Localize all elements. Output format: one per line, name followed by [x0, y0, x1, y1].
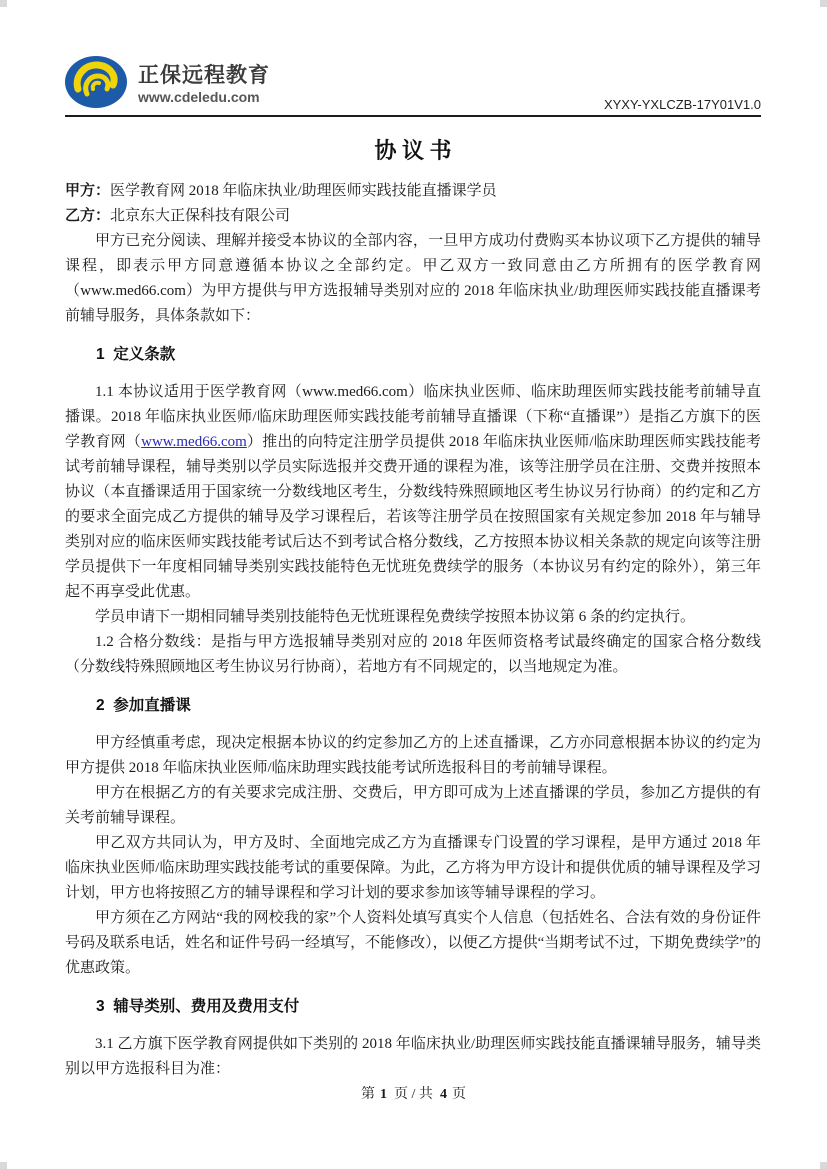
footer-page-suffix: 页: [452, 1087, 466, 1102]
scan-corner-mark: [820, 0, 827, 7]
brand-url: www.cdeledu.com: [138, 90, 270, 105]
party-b-line: 乙方：北京东大正保科技有限公司: [65, 204, 761, 229]
med66-link[interactable]: www.med66.com: [141, 434, 247, 450]
clause-1-2-paragraph: 1.2 合格分数线：是指与甲方选报辅导类别对应的 2018 年医师资格考试最终确…: [65, 630, 761, 680]
footer-total-pages: 4: [440, 1087, 447, 1102]
party-b-label: 乙方：: [65, 208, 110, 224]
intro-paragraph: 甲方已充分阅读、理解并接受本协议的全部内容，一旦甲方成功付费购买本协议项下乙方提…: [65, 229, 761, 329]
party-a-value: 医学教育网 2018 年临床执业/助理医师实践技能直播课学员: [110, 183, 497, 199]
scan-corner-mark: [0, 1162, 7, 1169]
brand-block: 正保远程教育 www.cdeledu.com: [65, 56, 270, 113]
document-page: 正保远程教育 www.cdeledu.com XYXY-YXLCZB-17Y01…: [0, 0, 827, 1169]
party-a-line: 甲方：医学教育网 2018 年临床执业/助理医师实践技能直播课学员: [65, 179, 761, 204]
clause-2-paragraph-3: 甲乙双方共同认为，甲方及时、全面地完成乙方为直播课专门设置的学习课程，是甲方通过…: [65, 831, 761, 906]
page-header: 正保远程教育 www.cdeledu.com XYXY-YXLCZB-17Y01…: [65, 0, 761, 117]
clause-1-1-paragraph: 1.1 本协议适用于医学教育网（www.med66.com）临床执业医师、临床助…: [65, 380, 761, 605]
party-b-value: 北京东大正保科技有限公司: [110, 208, 290, 224]
clause-2-paragraph-4: 甲方须在乙方网站“我的网校我的家”个人资料处填写真实个人信息（包括姓名、合法有效…: [65, 906, 761, 981]
cdeledu-logo-icon: [65, 56, 127, 113]
section-1-heading: 1 定义条款: [65, 342, 761, 367]
section-3-heading: 3 辅导类别、费用及费用支付: [65, 994, 761, 1019]
clause-2-paragraph-2: 甲方在根据乙方的有关要求完成注册、交费后，甲方即可成为上述直播课的学员，参加乙方…: [65, 781, 761, 831]
brand-name: 正保远程教育: [138, 64, 270, 87]
footer-page-middle: 页 / 共: [394, 1087, 433, 1102]
footer-page-number: 1: [380, 1087, 387, 1102]
party-a-label: 甲方：: [65, 183, 110, 199]
clause-2-paragraph-1: 甲方经慎重考虑，现决定根据本协议的约定参加乙方的上述直播课，乙方亦同意根据本协议…: [65, 731, 761, 781]
document-body: 甲方：医学教育网 2018 年临床执业/助理医师实践技能直播课学员 乙方：北京东…: [65, 179, 761, 1082]
section-2-heading: 2 参加直播课: [65, 693, 761, 718]
scan-corner-mark: [0, 0, 7, 7]
clause-1-1-text-after-link: ）推出的向特定注册学员提供 2018 年临床执业医师/临床助理医师实践技能考试考…: [65, 434, 761, 600]
clause-3-1-paragraph: 3.1 乙方旗下医学教育网提供如下类别的 2018 年临床执业/助理医师实践技能…: [65, 1032, 761, 1082]
document-title: 协 议 书: [65, 134, 761, 165]
page-footer: 第1页 / 共4页: [0, 1083, 827, 1103]
document-code: XYXY-YXLCZB-17Y01V1.0: [604, 97, 761, 112]
renewal-paragraph: 学员申请下一期相同辅导类别技能特色无忧班课程免费续学按照本协议第 6 条的约定执…: [65, 605, 761, 630]
footer-page-prefix: 第: [361, 1087, 375, 1102]
parties-block: 甲方：医学教育网 2018 年临床执业/助理医师实践技能直播课学员 乙方：北京东…: [65, 179, 761, 229]
scan-corner-mark: [820, 1162, 827, 1169]
